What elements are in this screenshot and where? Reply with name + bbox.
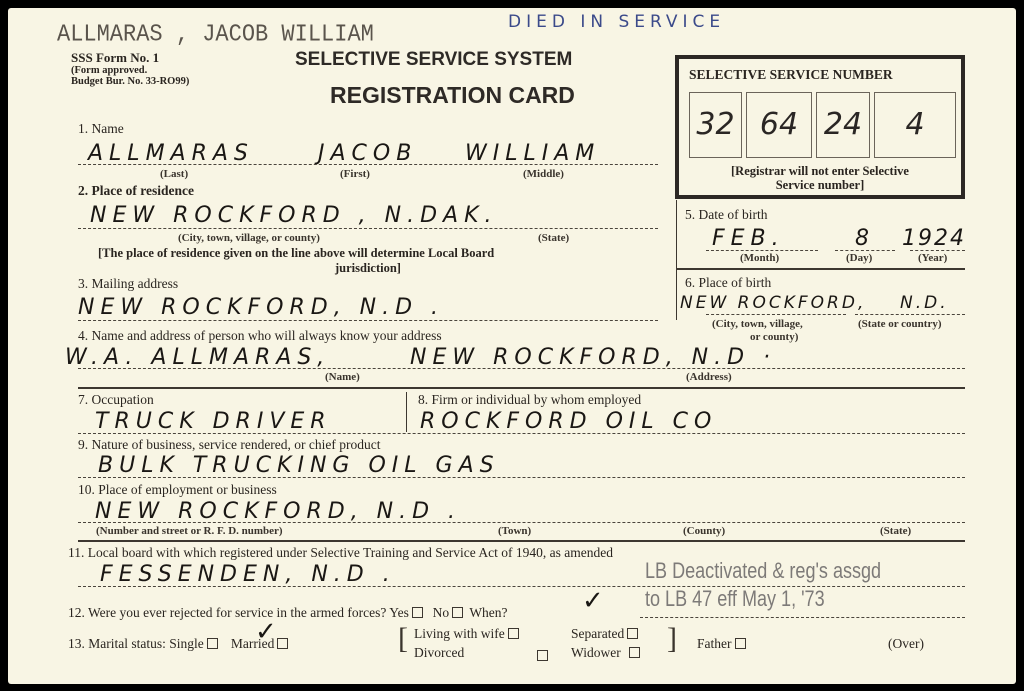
name-sub-first: (First): [340, 168, 370, 180]
rejected-when-line: [640, 617, 965, 618]
employer-value[interactable]: ROCKFORD OIL CO: [420, 409, 717, 434]
separated-checkbox[interactable]: [627, 628, 638, 639]
widower-label: Widower: [571, 645, 621, 660]
dob-sub-day: (Day): [846, 252, 872, 264]
marital-status-label: 13. Marital status:: [68, 636, 166, 651]
rejected-yes-checkbox[interactable]: [412, 607, 423, 618]
pob-sub-city-1: (City, town, village,: [712, 318, 803, 330]
divorced-checkbox[interactable]: [537, 650, 548, 661]
dob-year-line: [910, 250, 965, 251]
occupation-line: [78, 433, 965, 434]
rejected-no-label: No: [433, 605, 450, 620]
residence-sub-state: (State): [538, 232, 569, 244]
dob-month-line: [706, 250, 818, 251]
local-board-line: [78, 586, 965, 587]
dob-sub-month: (Month): [740, 252, 779, 264]
residence-note-1: [The place of residence given on the lin…: [98, 246, 494, 261]
married-checkbox[interactable]: [277, 638, 288, 649]
right-bracket: ]: [667, 622, 677, 656]
contact-address-value[interactable]: NEW ROCKFORD, N.D ·: [410, 345, 776, 370]
business-value[interactable]: BULK TRUCKING OIL GAS: [98, 453, 500, 478]
contact-name-value[interactable]: W.A. ALLMARAS,: [65, 345, 330, 370]
card-title: REGISTRATION CARD: [330, 82, 575, 109]
ssn-cell-4: 4: [874, 92, 956, 158]
name-sub-middle: (Middle): [523, 168, 564, 180]
rejected-when-label: When?: [469, 605, 507, 620]
ssn-note-2: Service number]: [679, 178, 961, 193]
occupation-value[interactable]: TRUCK DRIVER: [95, 409, 332, 434]
residence-label: 2. Place of residence: [78, 183, 194, 199]
name-label: 1. Name: [78, 121, 124, 137]
residence-value[interactable]: NEW ROCKFORD , N.DAK.: [90, 203, 498, 228]
over-label: (Over): [888, 636, 924, 652]
rejected-no-checkmark-icon: ✓: [582, 586, 604, 616]
pob-sub-state: (State or country): [858, 318, 942, 330]
local-board-label: 11. Local board with which registered un…: [68, 545, 613, 561]
occupation-divider: [406, 392, 407, 432]
separated-label: Separated: [571, 626, 624, 641]
dob-month-value[interactable]: FEB.: [712, 226, 785, 251]
dob-day-value[interactable]: 8: [855, 226, 875, 251]
father-label: Father: [697, 636, 732, 651]
pob-city-value[interactable]: NEW ROCKFORD,: [680, 293, 866, 313]
residence-sub-city: (City, town, village, or county): [178, 232, 320, 244]
occupation-label: 7. Occupation: [78, 392, 154, 408]
employment-place-label: 10. Place of employment or business: [78, 482, 277, 498]
living-with-wife-label: Living with wife: [414, 626, 505, 641]
widower-checkbox[interactable]: [629, 647, 640, 658]
contact-line: [78, 368, 965, 369]
right-column-divider: [676, 200, 677, 320]
ssn-cell-1: 32: [689, 92, 742, 158]
mailing-line: [78, 320, 658, 321]
single-label: Single: [169, 636, 204, 651]
father-checkbox[interactable]: [735, 638, 746, 649]
business-label: 9. Nature of business, service rendered,…: [78, 437, 381, 453]
employment-sub-state: (State): [880, 525, 911, 537]
employment-sub-county: (County): [683, 525, 725, 537]
deactivation-stamp-1: LB Deactivated & reg's assgd: [645, 558, 881, 584]
typed-name: ALLMARAS , JACOB WILLIAM: [57, 21, 374, 49]
employment-place-value[interactable]: NEW ROCKFORD, N.D .: [95, 499, 461, 524]
dob-sub-year: (Year): [918, 252, 947, 264]
form-approved: (Form approved.: [71, 65, 147, 76]
divorced-label: Divorced: [414, 645, 464, 660]
divorced-option: Divorced: [414, 645, 464, 661]
father-option: Father: [697, 636, 749, 652]
rejected-yes-label: Yes: [389, 605, 409, 620]
pob-sub-city-2: or county): [750, 331, 798, 343]
contact-label: 4. Name and address of person who will a…: [78, 328, 442, 344]
rejected-no-checkbox[interactable]: [452, 607, 463, 618]
local-board-value[interactable]: FESSENDEN, N.D .: [100, 562, 396, 587]
deactivation-stamp-2: to LB 47 eff May 1, '73: [645, 586, 825, 612]
single-checkbox[interactable]: [207, 638, 218, 649]
rejected-label: 12. Were you ever rejected for service i…: [68, 605, 386, 620]
form-number: SSS Form No. 1: [71, 50, 159, 66]
section-divider-1: [78, 387, 965, 389]
employment-place-line: [78, 522, 965, 523]
dob-year-value[interactable]: 1924: [902, 226, 966, 251]
single-checkmark-icon: ✓: [255, 617, 277, 647]
separated-option: Separated: [571, 626, 641, 642]
budget-number: Budget Bur. No. 33-RO99): [71, 76, 189, 87]
mailing-label: 3. Mailing address: [78, 276, 178, 292]
pob-label: 6. Place of birth: [685, 275, 771, 291]
contact-sub-name: (Name): [325, 371, 360, 383]
ssn-note-1: [Registrar will not enter Selective: [679, 164, 961, 179]
died-in-service-annotation: DIED IN SERVICE: [508, 12, 725, 32]
system-title: SELECTIVE SERVICE SYSTEM: [295, 49, 572, 71]
selective-service-number-box: SELECTIVE SERVICE NUMBER 32 64 24 4 [Reg…: [675, 55, 965, 199]
employment-sub-town: (Town): [498, 525, 531, 537]
name-first-value[interactable]: JACOB: [318, 141, 417, 166]
name-line: [78, 164, 658, 165]
employer-label: 8. Firm or individual by whom employed: [418, 392, 641, 408]
dob-label: 5. Date of birth: [685, 207, 767, 223]
left-bracket: [: [398, 622, 408, 656]
pob-state-line: [855, 314, 965, 315]
name-middle-value[interactable]: WILLIAM: [465, 141, 600, 166]
residence-line: [78, 228, 658, 229]
dob-divider: [677, 268, 965, 270]
contact-sub-address: (Address): [686, 371, 732, 383]
pob-state-value[interactable]: N.D.: [900, 293, 949, 313]
name-last-value[interactable]: ALLMARAS: [88, 141, 254, 166]
section-divider-2: [78, 540, 965, 542]
name-sub-last: (Last): [160, 168, 188, 180]
mailing-value[interactable]: NEW ROCKFORD, N.D .: [78, 295, 444, 320]
ssn-cell-2: 64: [746, 92, 812, 158]
living-with-wife-option: Living with wife: [414, 626, 522, 642]
living-with-wife-checkbox[interactable]: [508, 628, 519, 639]
ssn-cell-3: 24: [816, 92, 870, 158]
dob-day-line: [835, 250, 895, 251]
employment-sub-street: (Number and street or R. F. D. number): [96, 525, 283, 537]
pob-city-line: [706, 314, 846, 315]
widower-option: Widower: [571, 645, 643, 661]
residence-note-2: jurisdiction]: [98, 261, 638, 276]
business-line: [78, 477, 965, 478]
rejected-row: 12. Were you ever rejected for service i…: [68, 605, 508, 621]
ssn-title: SELECTIVE SERVICE NUMBER: [689, 67, 893, 83]
